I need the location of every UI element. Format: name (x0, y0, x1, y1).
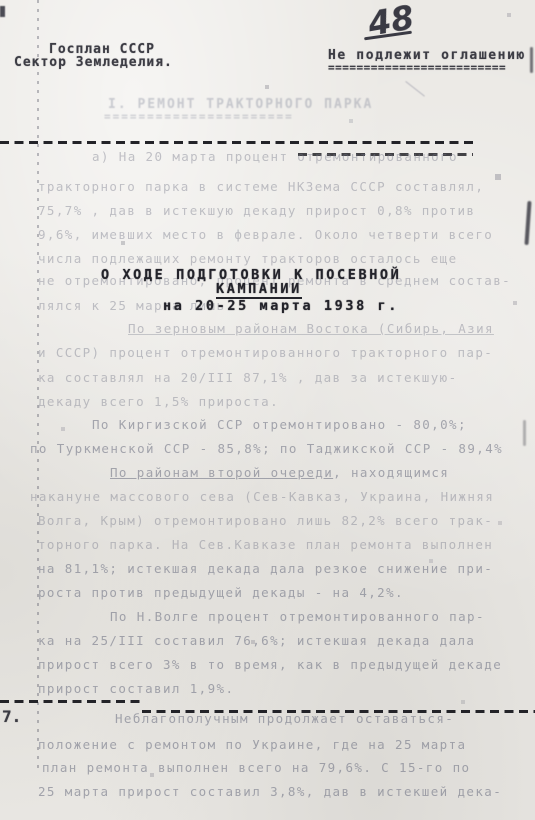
body-line-p5l1: Неблагополучным продолжает оставаться- (115, 711, 454, 726)
overprint-title-line2: КАМПАНИИ (216, 281, 302, 299)
body-line-p3l1-underlined: По районам второй очереди (110, 465, 333, 480)
body-line-p1l2: тракторного парка в системе НКЗема СССР … (38, 179, 484, 194)
body-line-p3l6: роста против предыдущей декады - на 4,2%… (38, 585, 404, 600)
dashed-rule-bottom-left (0, 700, 142, 703)
body-line-p3l1: По районам второй очереди, находящимся (110, 465, 449, 480)
body-line-p1l3: 75,7% , дав в истекшую декаду прирост 0,… (38, 203, 475, 218)
body-line-p5l4: 25 марта прирост составил 3,8%, дав в ис… (38, 784, 502, 799)
body-line-p1l5: числа подлежащих ремонту тракторов остал… (38, 251, 458, 266)
body-line-p4l2: ка на 25/III составил 76,6%; истекшая де… (38, 633, 475, 648)
body-line-p2l3: ка составлял на 20/III 87,1% , дав за ис… (38, 370, 458, 385)
body-line-p3l5: на 81,1%; истекшая декада дала резкое сн… (38, 561, 493, 576)
section-heading-underline: ====================== (104, 110, 294, 123)
letterhead-dept: Сектор Земледелия. (14, 55, 173, 70)
margin-page-number: 7. (2, 707, 21, 726)
body-line-p1l4: 9,6%, имевших место в феврале. Около чет… (38, 227, 493, 242)
ink-streak-right (524, 201, 531, 245)
body-line-p3l4: торного парка. На Сев.Кавказе план ремон… (38, 537, 493, 552)
dashed-rule-top (0, 141, 473, 144)
body-line-p3l2: накануне массового сева (Сев-Кавказ, Укр… (30, 489, 494, 504)
body-line-p3l1-rest: , находящимся (333, 465, 449, 480)
body-line-p2l5: По Киргизской ССР отремонтировано - 80,0… (92, 417, 467, 432)
body-line-p2l2: и СССР) процент отремонтированного тракт… (38, 345, 493, 360)
body-line-p2l4: декаду всего 1,5% прироста. (38, 394, 279, 409)
classification-underline: ========================= (328, 61, 506, 74)
corner-mark (0, 6, 5, 17)
scanned-document-page: Госплан СССР Сектор Земледелия. 48 Не по… (0, 0, 535, 820)
body-line-p4l4: прирост составил 1,9%. (38, 681, 234, 696)
body-line-p2l1: По зерновым районам Востока (Сибирь, Ази… (128, 321, 494, 336)
body-line-p2l6: по Туркменской ССР - 85,8%; по Таджикско… (30, 441, 503, 456)
body-line-p5l2: положение с ремонтом по Украине, где на … (38, 737, 466, 752)
body-line-p5l3: план ремонта выполнен всего на 79,6%. С … (42, 760, 470, 775)
body-line-p1l1: а) На 20 марта процент отремонтированног… (92, 149, 458, 164)
body-line-p4l1: По Н.Волге процент отремонтированного па… (110, 609, 485, 624)
ink-streak-right-2 (523, 420, 526, 446)
overprint-title-line3: на 20-25 марта 1938 г. (163, 298, 399, 314)
body-line-p3l3: Волга, Крым) отремонтировано лишь 82,2% … (38, 513, 493, 528)
body-line-p4l3: прирост всего 3% в то время, как в преды… (38, 657, 502, 672)
scan-specks (0, 0, 2, 2)
edge-mark-top-right (530, 47, 533, 73)
